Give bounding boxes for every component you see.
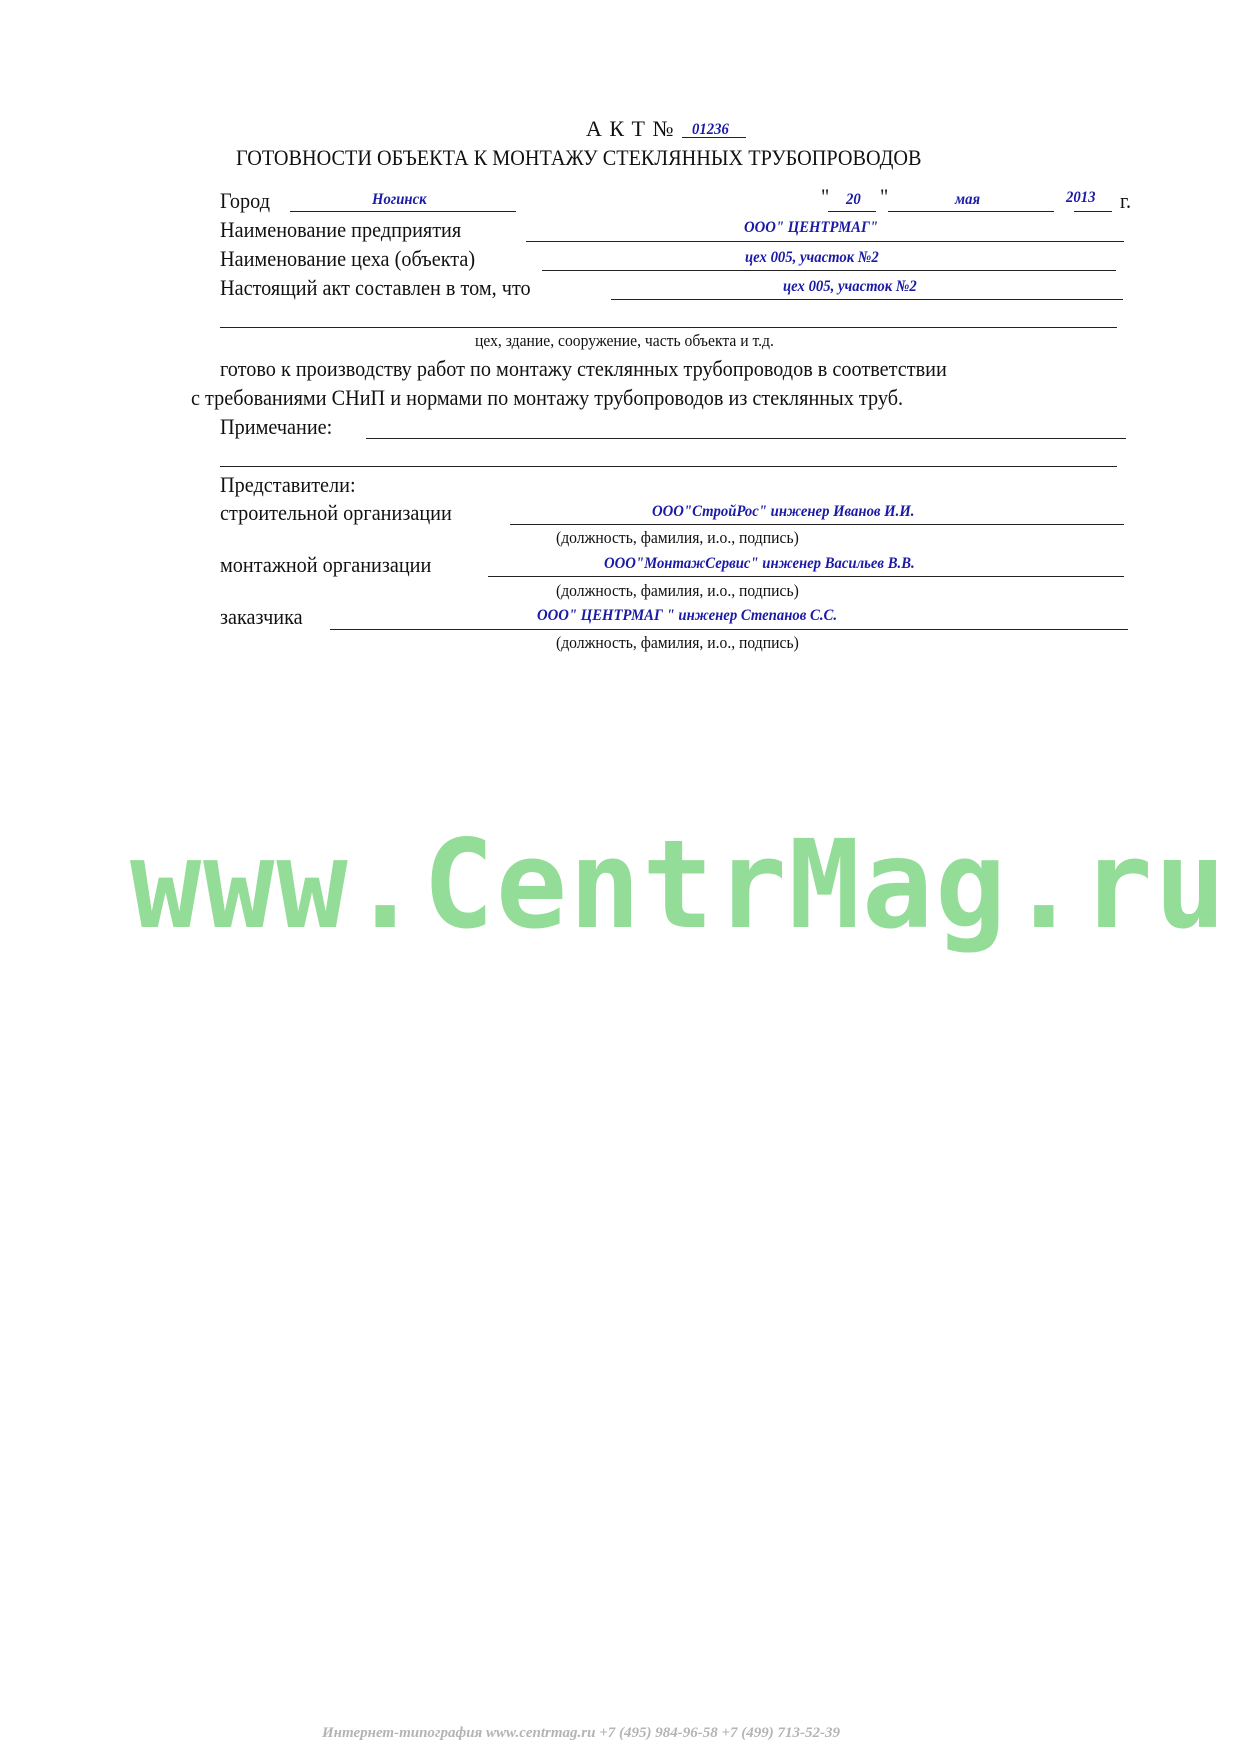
workshop-field-line[interactable] (542, 270, 1116, 271)
act-statement-label: Настоящий акт составлен в том, что (220, 275, 531, 301)
city-field-line[interactable] (290, 211, 516, 212)
watermark-text: www.CentrMag.ru (130, 820, 1228, 950)
body-line-1: готово к производству работ по монтажу с… (220, 356, 947, 382)
date-year-value: 2013 (1066, 189, 1095, 207)
rep-construction-value: ООО"СтройРос" инженер Иванов И.И. (652, 503, 914, 521)
note-label: Примечание: (220, 414, 332, 440)
rep-construction-caption: (должность, фамилия, и.о., подпись) (556, 528, 799, 548)
city-label: Город (220, 188, 270, 214)
enterprise-label: Наименование предприятия (220, 217, 461, 243)
city-value: Ногинск (372, 191, 427, 209)
act-number-underline (682, 137, 746, 138)
rep-customer-field-line[interactable] (330, 629, 1128, 630)
date-month-line[interactable] (888, 211, 1054, 212)
footer-contacts: Интернет-типография www.centrmag.ru +7 (… (322, 1725, 840, 1742)
rep-installation-field-line[interactable] (488, 576, 1124, 577)
workshop-value: цех 005, участок №2 (745, 249, 879, 267)
object-field-line[interactable] (220, 327, 1117, 328)
date-day-value: 20 (846, 191, 861, 209)
act-statement-value: цех 005, участок №2 (783, 278, 917, 296)
rep-installation-caption: (должность, фамилия, и.о., подпись) (556, 581, 799, 601)
document-title: ГОТОВНОСТИ ОБЪЕКТА К МОНТАЖУ СТЕКЛЯННЫХ … (236, 145, 922, 171)
enterprise-field-line[interactable] (526, 241, 1124, 242)
date-day-line[interactable] (828, 211, 876, 212)
rep-customer-label: заказчика (220, 604, 303, 630)
date-close-quote: " (880, 184, 888, 210)
rep-installation-label: монтажной организации (220, 552, 431, 578)
object-caption: цех, здание, сооружение, часть объекта и… (475, 331, 774, 351)
rep-customer-value: ООО" ЦЕНТРМАГ " инженер Степанов С.С. (537, 607, 837, 625)
note-field-line-2[interactable] (220, 466, 1117, 467)
workshop-label: Наименование цеха (объекта) (220, 246, 475, 272)
date-open-quote: " (821, 184, 829, 210)
enterprise-value: ООО" ЦЕНТРМАГ" (744, 219, 878, 237)
rep-customer-caption: (должность, фамилия, и.о., подпись) (556, 633, 799, 653)
date-month-value: мая (955, 191, 980, 209)
body-line-2: с требованиями СНиП и нормами по монтажу… (191, 385, 903, 411)
date-year-line[interactable] (1074, 211, 1112, 212)
year-suffix: г. (1120, 188, 1131, 214)
act-title-prefix: А К Т № (586, 116, 675, 142)
representatives-heading: Представители: (220, 472, 356, 498)
note-field-line[interactable] (366, 438, 1126, 439)
rep-installation-value: ООО"МонтажСервис" инженер Васильев В.В. (604, 555, 915, 573)
act-statement-field-line[interactable] (611, 299, 1123, 300)
rep-construction-field-line[interactable] (510, 524, 1124, 525)
rep-construction-label: строительной организации (220, 500, 452, 526)
